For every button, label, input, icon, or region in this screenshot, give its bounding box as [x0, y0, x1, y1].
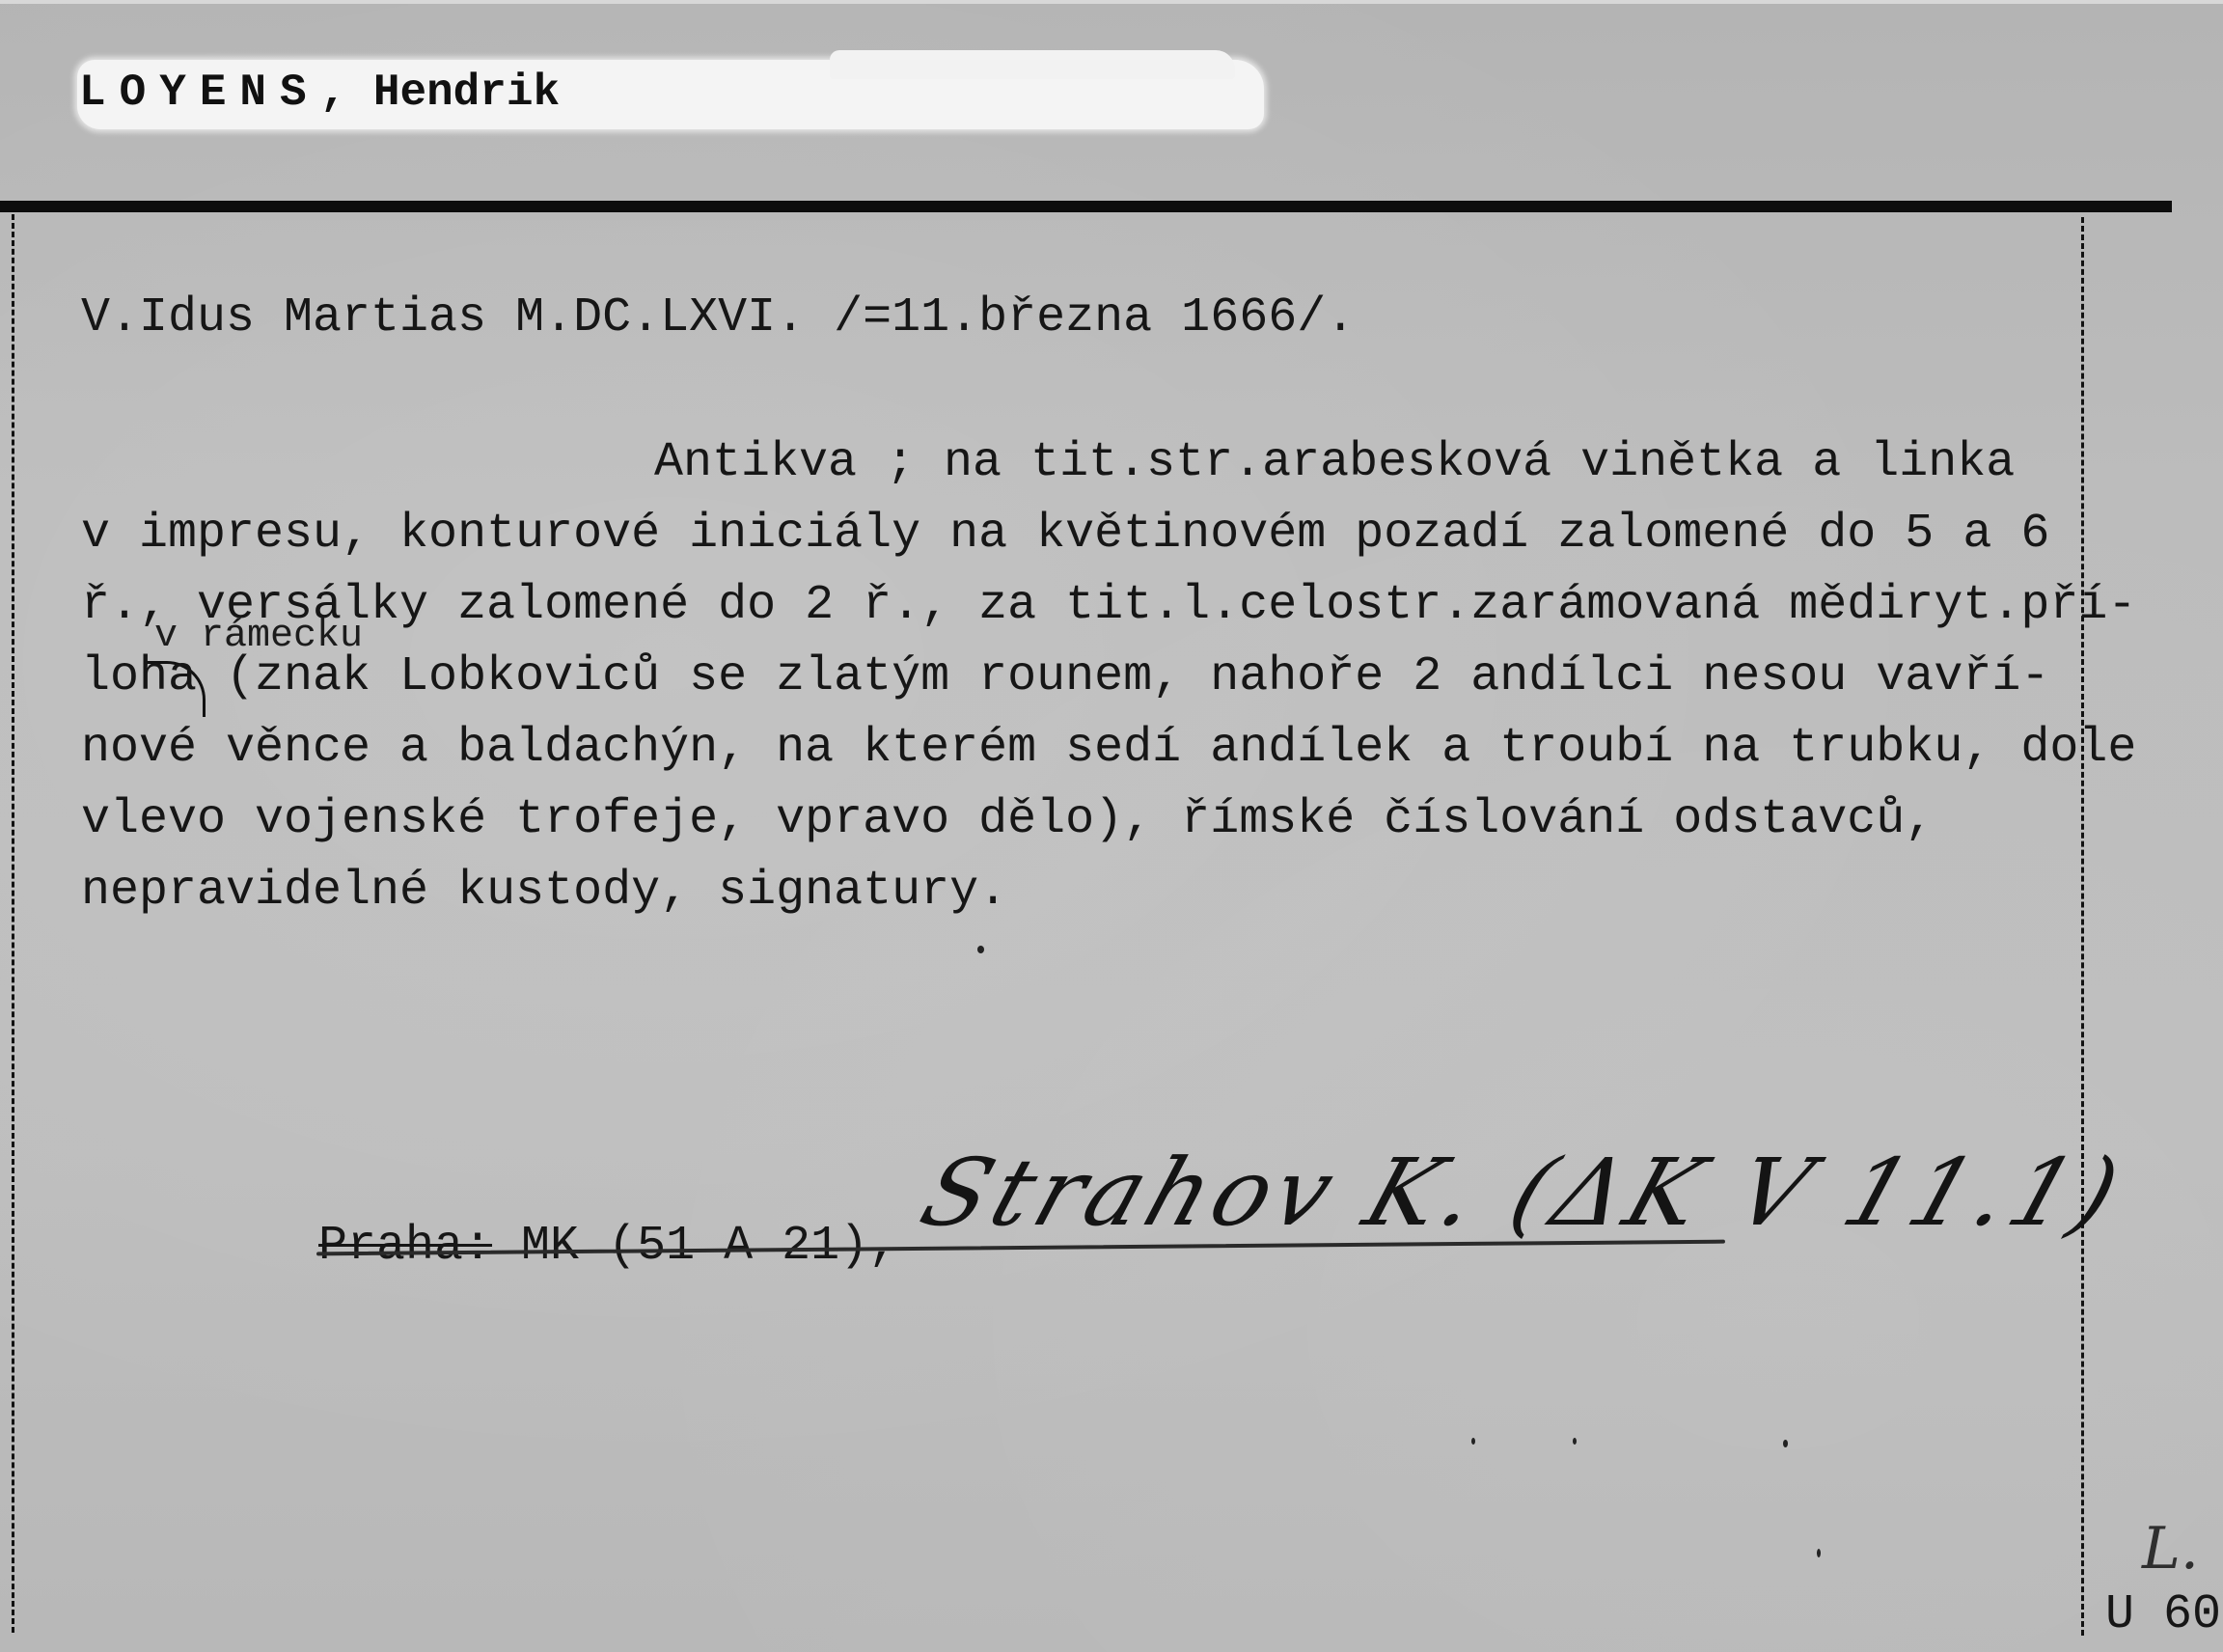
description-line-1: Antikva ; na tit.str.arabesková vinětka … [654, 434, 2015, 492]
card-heading: LOYENS, Hendrik [79, 68, 560, 125]
ink-speck [977, 946, 984, 953]
description-line-3: ř., versálky zalomené do 2 ř., za tit.l.… [81, 577, 2136, 635]
heading-separator: , [320, 68, 347, 118]
shelf-mark: U 60 [2105, 1587, 2221, 1642]
ink-speck [1817, 1549, 1821, 1557]
corner-handwritten-mark: L. [2142, 1515, 2199, 1583]
heading-rule [0, 201, 2172, 212]
struck-location-label: Praha: [318, 1219, 492, 1274]
left-margin-line [12, 214, 14, 1633]
ink-speck [1573, 1438, 1577, 1445]
ink-speck [1783, 1440, 1788, 1447]
ink-speck [1471, 1438, 1475, 1445]
description-line-5: nové věnce a baldachýn, na kterém sedí a… [81, 720, 2136, 778]
library-shelfmark: MK (51 A 21), [521, 1219, 897, 1274]
description-line-2: v impresu, konturové iniciály na květino… [81, 506, 2049, 564]
handwritten-location: Strahov K. (ΔK V 11.1) [909, 1139, 2137, 1247]
catalog-card: LOYENS, Hendrik V.Idus Martias M.DC.LXVI… [0, 0, 2223, 1652]
imprint-date-line: V.Idus Martias M.DC.LXVI. /=11.března 16… [81, 289, 1355, 347]
author-surname: LOYENS [79, 68, 320, 118]
right-margin-line [2081, 217, 2084, 1636]
author-given-name: Hendrik [373, 68, 560, 118]
description-line-4: loha (znak Lobkoviců se zlatým rounem, n… [81, 648, 2049, 706]
description-line-7: nepravidelné kustody, signatury. [81, 863, 1007, 921]
card-top-edge [0, 0, 2223, 4]
description-line-6: vlevo vojenské trofeje, vpravo dělo), ří… [81, 791, 1934, 849]
